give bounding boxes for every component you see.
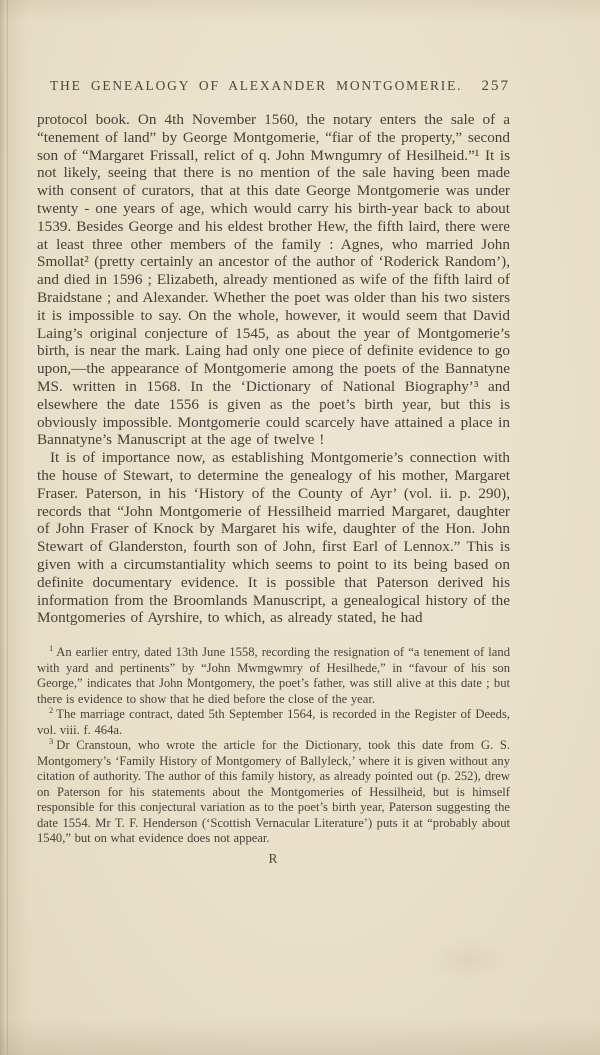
footnote: 3Dr Cranstoun, who wrote the article for… [37,738,510,847]
running-header-title: THE GENEALOGY OF ALEXANDER MONTGOMERIE. [50,78,462,94]
footnote-marker: 1 [49,643,53,653]
signature-mark: R [37,851,510,867]
footnote-marker: 3 [49,736,53,746]
page-body: protocol book. On 4th November 1560, the… [37,111,510,627]
footnote: 1An earlier entry, dated 13th June 1558,… [37,645,510,707]
page-number: 257 [482,78,511,95]
footnote-marker: 2 [49,705,53,715]
page-edge-shadow [7,0,8,1055]
running-header: THE GENEALOGY OF ALEXANDER MONTGOMERIE. … [37,78,510,95]
book-page: THE GENEALOGY OF ALEXANDER MONTGOMERIE. … [37,78,510,867]
footnote: 2The marriage contract, dated 5th Septem… [37,707,510,738]
footnotes-section: 1An earlier entry, dated 13th June 1558,… [37,645,510,847]
paragraph: It is of importance now, as establishing… [37,449,510,627]
paragraph: protocol book. On 4th November 1560, the… [37,111,510,449]
footnote-text: The marriage contract, dated 5th Septemb… [37,707,510,737]
footnote-text: Dr Cranstoun, who wrote the article for … [37,738,510,845]
footnote-text: An earlier entry, dated 13th June 1558, … [37,645,510,706]
